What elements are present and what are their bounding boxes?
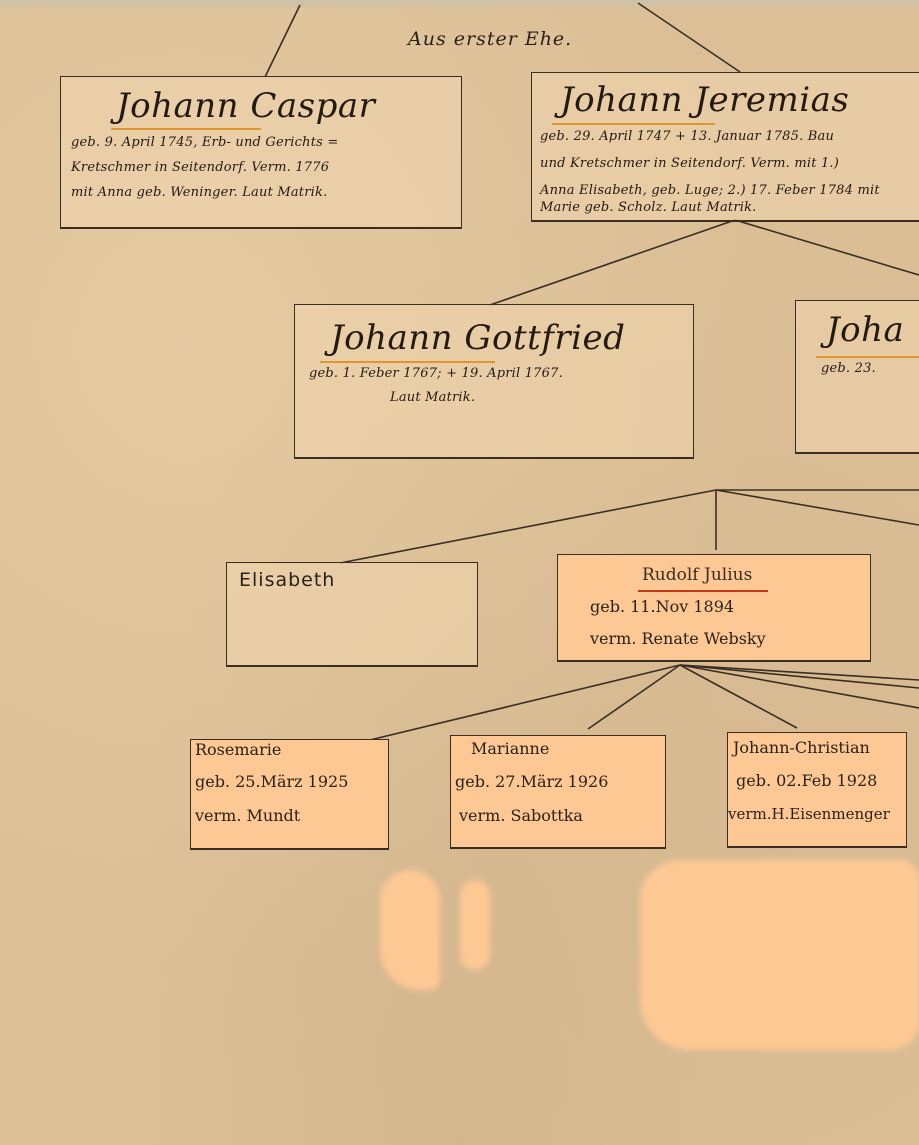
marriage-heading: Aus erster Ehe. — [408, 28, 572, 50]
name-underline — [638, 590, 768, 592]
erased-area-small-tail — [460, 880, 490, 970]
spouse: verm. Renate Websky — [590, 629, 766, 648]
birth-date: geb. 27.März 1926 — [455, 772, 608, 791]
person-card-marianne[interactable]: Marianne geb. 27.März 1926 verm. Sabottk… — [450, 735, 666, 849]
person-card-johann-jeremias[interactable]: Johann Jeremias geb. 29. April 1747 + 13… — [531, 72, 919, 222]
person-details-line: geb. 1. Feber 1767; + 19. April 1767. — [309, 363, 563, 384]
person-details-line: geb. 23. — [821, 358, 876, 379]
person-name: Rosemarie — [195, 740, 281, 759]
name-underline — [111, 128, 261, 130]
person-details-line: Kretschmer in Seitendorf. Verm. 1776 — [71, 157, 329, 178]
birth-date: geb. 11.Nov 1894 — [590, 597, 734, 616]
person-card-rudolf-julius[interactable]: Rudolf Julius geb. 11.Nov 1894 verm. Ren… — [557, 554, 871, 662]
person-card-elisabeth[interactable]: Elisabeth — [226, 562, 478, 667]
spouse: verm. Mundt — [195, 806, 300, 825]
person-details-line: mit Anna geb. Weninger. Laut Matrik. — [71, 182, 327, 203]
person-name: Elisabeth — [239, 569, 335, 591]
birth-date: geb. 25.März 1925 — [195, 772, 348, 791]
erased-area-small — [380, 870, 440, 990]
person-name: Johann Caspar — [116, 87, 375, 125]
person-card-johann-gottfried[interactable]: Johann Gottfried geb. 1. Feber 1767; + 1… — [294, 304, 694, 459]
person-name: Rudolf Julius — [642, 565, 752, 585]
person-card-johann-caspar[interactable]: Johann Caspar geb. 9. April 1745, Erb- u… — [60, 76, 462, 229]
name-underline — [552, 123, 715, 125]
person-name: Marianne — [471, 739, 549, 758]
person-details-line: Laut Matrik. — [390, 387, 475, 408]
person-card-rosemarie[interactable]: Rosemarie geb. 25.März 1925 verm. Mundt — [190, 739, 389, 850]
spouse: verm. Sabottka — [459, 806, 583, 825]
person-name: Joha — [826, 311, 904, 349]
person-details-line: und Kretschmer in Seitendorf. Verm. mit … — [540, 153, 839, 174]
person-details-line: Marie geb. Scholz. Laut Matrik. — [540, 197, 757, 218]
person-name: Johann Jeremias — [560, 81, 849, 119]
person-details-line: geb. 29. April 1747 + 13. Januar 1785. B… — [540, 126, 834, 147]
person-name: Johann-Christian — [733, 738, 870, 757]
person-card-johann-cut-off[interactable]: Joha geb. 23. — [795, 300, 919, 454]
person-name: Johann Gottfried — [330, 319, 625, 357]
birth-date: geb. 02.Feb 1928 — [736, 771, 877, 790]
person-card-johann-christian[interactable]: Johann-Christian geb. 02.Feb 1928 verm.H… — [727, 732, 907, 848]
spouse: verm.H.Eisenmenger — [728, 805, 890, 823]
erased-area-large — [640, 860, 919, 1050]
person-details-line: geb. 9. April 1745, Erb- und Gerichts = — [71, 132, 338, 153]
